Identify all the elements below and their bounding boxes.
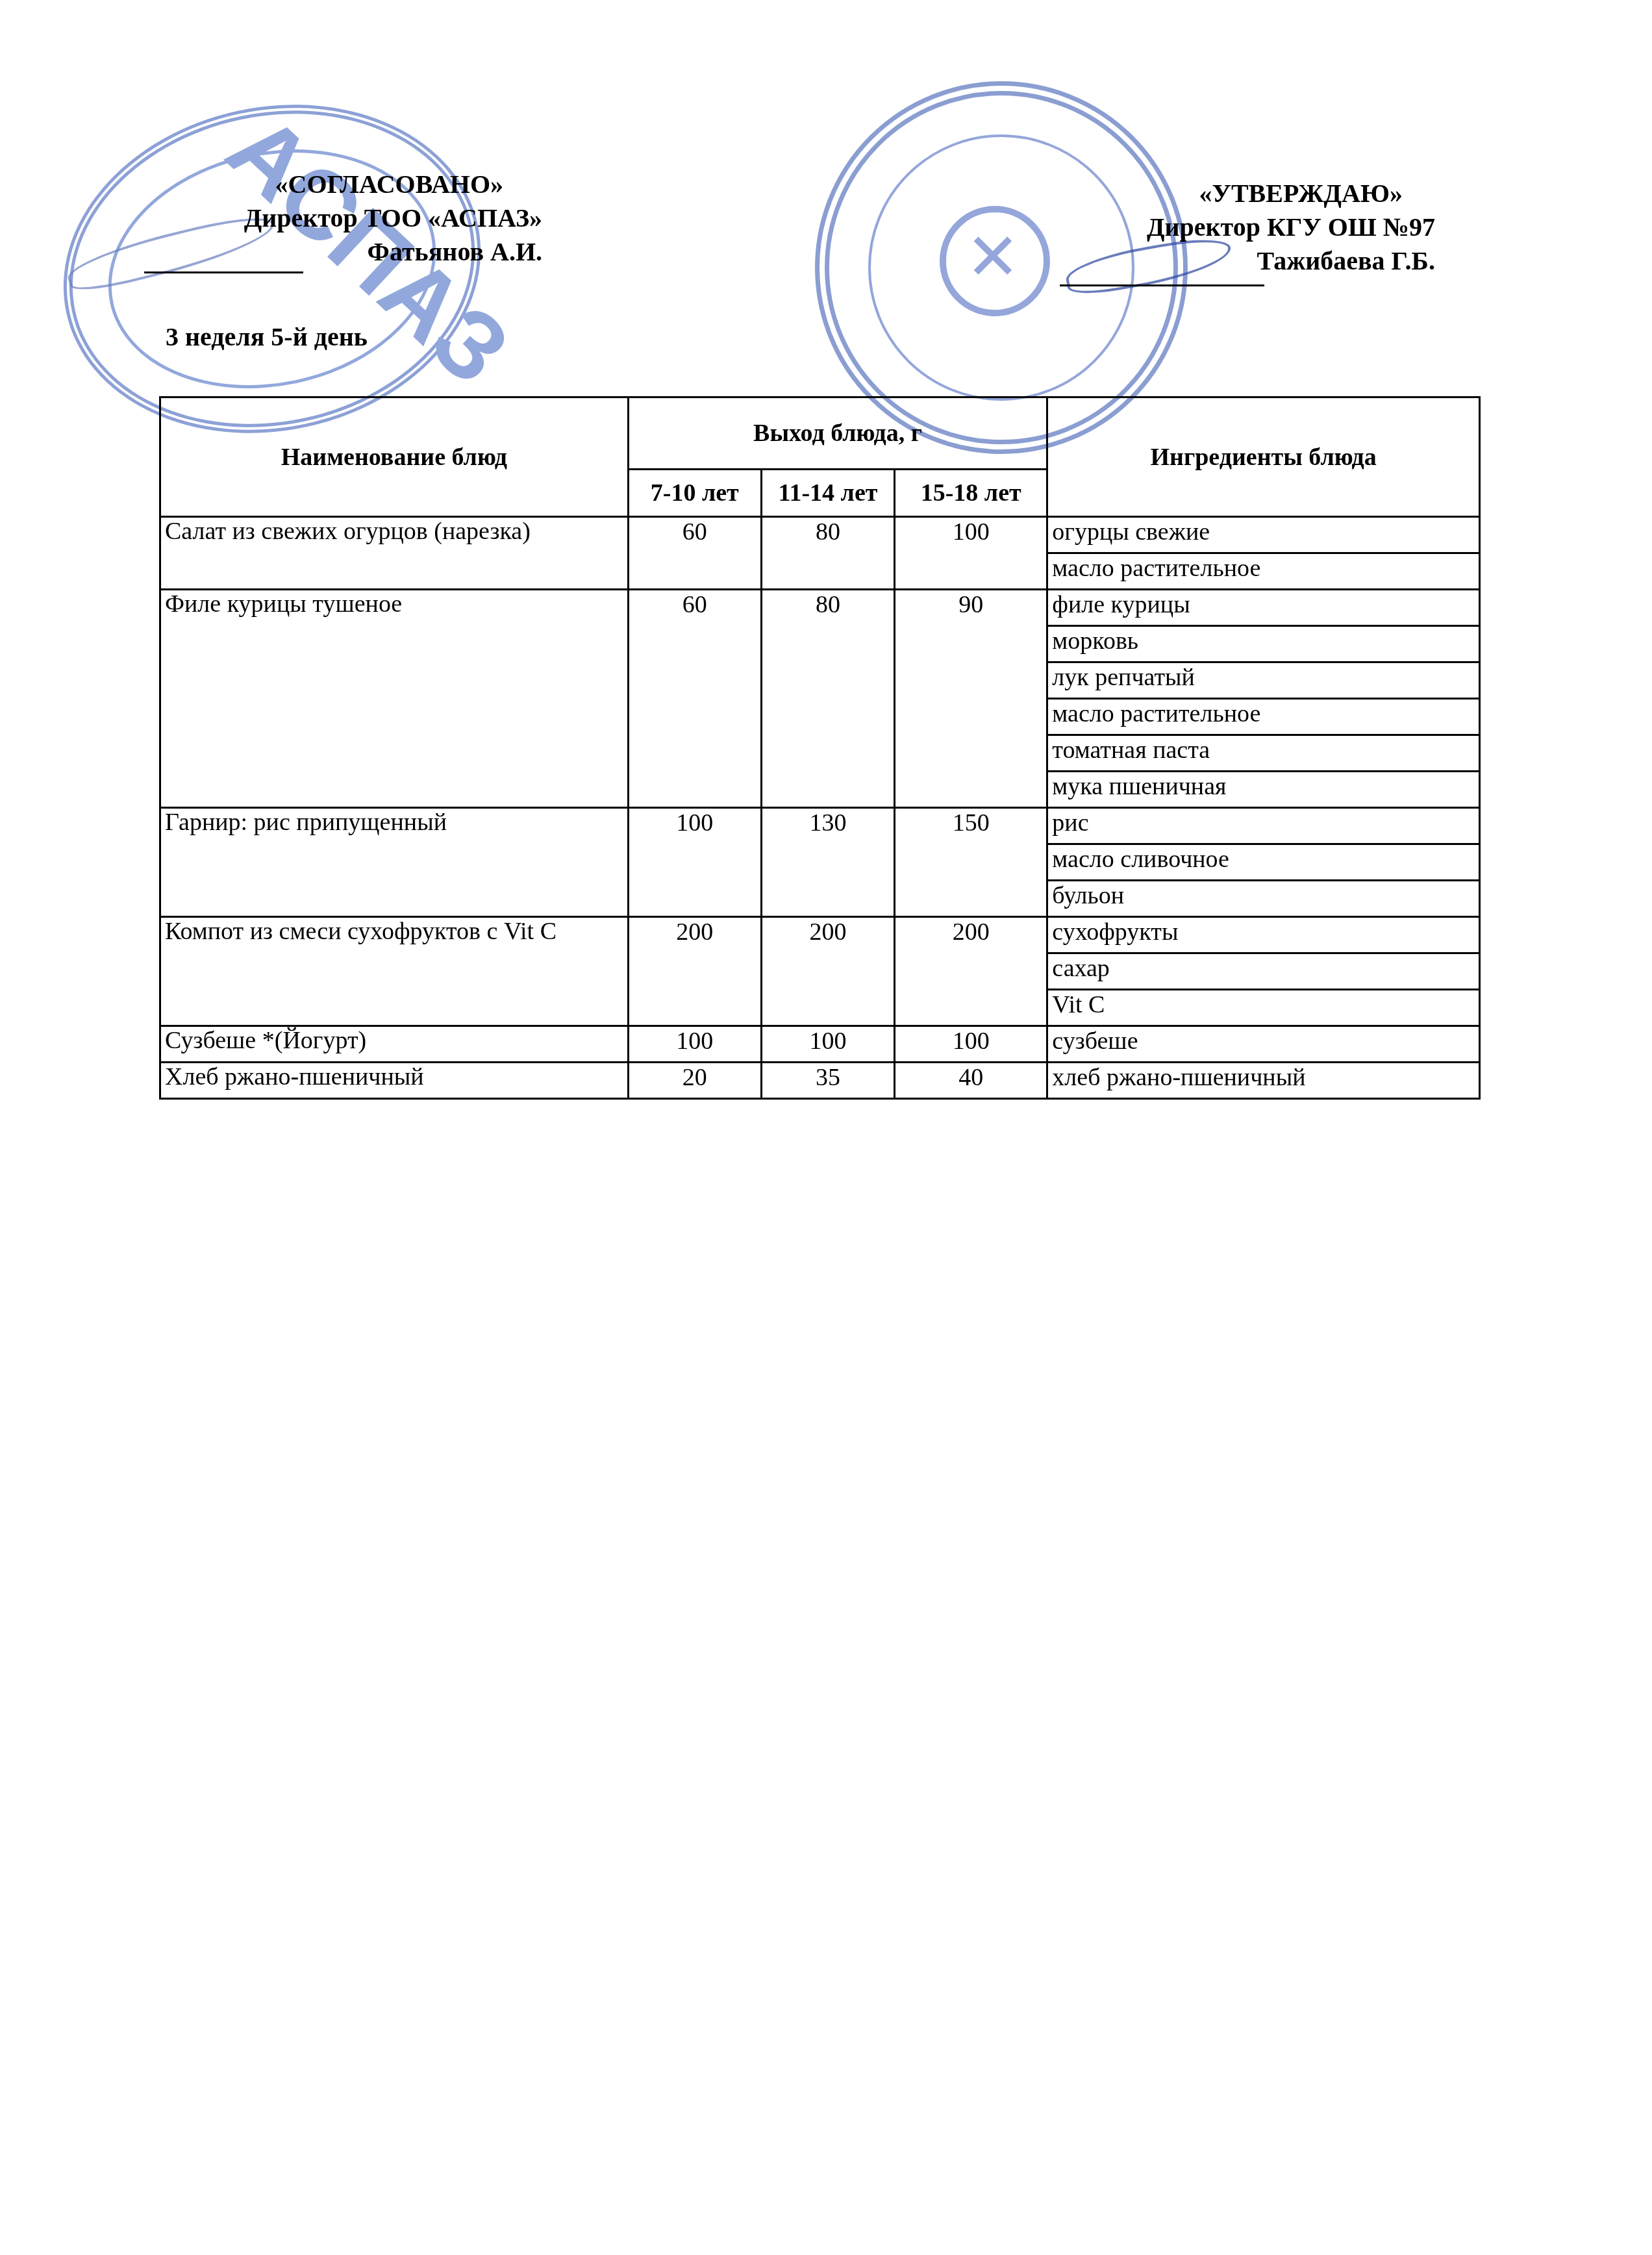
menu-table: Наименование блюд Выход блюда, г Ингреди… <box>159 396 1481 1100</box>
signature-line-left <box>144 271 303 273</box>
dish-yield: 60 <box>628 517 761 590</box>
dish-name: Салат из свежих огурцов (нарезка) <box>160 517 629 590</box>
header-ingredients: Ингредиенты блюда <box>1047 397 1480 517</box>
header-age-15-18: 15-18 лет <box>895 470 1047 517</box>
dish-yield: 150 <box>895 808 1047 917</box>
dish-yield: 200 <box>895 917 1047 1026</box>
header-age-7-10: 7-10 лет <box>628 470 761 517</box>
ingredient: филе курицы <box>1047 590 1480 626</box>
dish-yield: 200 <box>761 917 894 1026</box>
dish-name: Хлеб ржано-пшеничный <box>160 1063 629 1099</box>
ingredient: масло растительное <box>1047 699 1480 735</box>
approval-title: «СОГЛАСОВАНО» <box>153 168 503 201</box>
dish-yield: 100 <box>761 1026 894 1063</box>
dish-yield: 80 <box>761 590 894 808</box>
dish-name: Гарнир: рис припущенный <box>160 808 629 917</box>
ingredient: масло растительное <box>1047 553 1480 590</box>
dish-yield: 60 <box>628 590 761 808</box>
table-row: Компот из смеси сухофруктов с Vit С20020… <box>160 917 1480 953</box>
menu-table-body: Салат из свежих огурцов (нарезка)6080100… <box>160 517 1480 1099</box>
dish-yield: 100 <box>628 1026 761 1063</box>
dish-yield: 35 <box>761 1063 894 1099</box>
header-dish-name: Наименование блюд <box>160 397 629 517</box>
approval-name: Тажибаева Г.Б. <box>1071 244 1435 278</box>
dish-name: Филе курицы тушеное <box>160 590 629 808</box>
ingredient: сузбеше <box>1047 1026 1480 1063</box>
ingredient: Vit C <box>1047 990 1480 1026</box>
table-row: Сузбеше *(Йогурт)100100100сузбеше <box>160 1026 1480 1063</box>
approval-name: Фатьянов А.И. <box>153 235 542 269</box>
state-emblem-icon <box>940 206 1050 316</box>
approval-block-left: «СОГЛАСОВАНО» Директор ТОО «АСПАЗ» Фатья… <box>153 168 542 269</box>
dish-yield: 20 <box>628 1063 761 1099</box>
approval-block-right: «УТВЕРЖДАЮ» Директор КГУ ОШ №97 Тажибаев… <box>1071 177 1435 278</box>
dish-yield: 100 <box>628 808 761 917</box>
header-age-11-14: 11-14 лет <box>761 470 894 517</box>
table-row: Салат из свежих огурцов (нарезка)6080100… <box>160 517 1480 553</box>
ingredient: томатная паста <box>1047 735 1480 772</box>
dish-yield: 80 <box>761 517 894 590</box>
ingredient: рис <box>1047 808 1480 844</box>
dish-yield: 200 <box>628 917 761 1026</box>
header-yield: Выход блюда, г <box>628 397 1047 470</box>
approval-position: Директор КГУ ОШ №97 <box>1071 210 1435 244</box>
dish-name: Компот из смеси сухофруктов с Vit С <box>160 917 629 1026</box>
ingredient: сухофрукты <box>1047 917 1480 953</box>
ingredient: морковь <box>1047 626 1480 662</box>
table-row: Хлеб ржано-пшеничный203540хлеб ржано-пше… <box>160 1063 1480 1099</box>
ingredient: огурцы свежие <box>1047 517 1480 553</box>
dish-yield: 90 <box>895 590 1047 808</box>
table-row: Филе курицы тушеное608090филе курицы <box>160 590 1480 626</box>
signature-line-right <box>1060 284 1264 286</box>
dish-yield: 100 <box>895 1026 1047 1063</box>
ingredient: мука пшеничная <box>1047 772 1480 808</box>
approval-position: Директор ТОО «АСПАЗ» <box>153 201 542 235</box>
ingredient: масло сливочное <box>1047 844 1480 881</box>
approval-title: «УТВЕРЖДАЮ» <box>1071 177 1403 210</box>
ingredient: сахар <box>1047 953 1480 990</box>
ingredient: хлеб ржано-пшеничный <box>1047 1063 1480 1099</box>
dish-yield: 40 <box>895 1063 1047 1099</box>
week-day-label: 3 неделя 5-й день <box>166 321 368 352</box>
ingredient: лук репчатый <box>1047 662 1480 699</box>
dish-yield: 100 <box>895 517 1047 590</box>
ingredient: бульон <box>1047 881 1480 917</box>
table-row: Гарнир: рис припущенный100130150рис <box>160 808 1480 844</box>
dish-yield: 130 <box>761 808 894 917</box>
dish-name: Сузбеше *(Йогурт) <box>160 1026 629 1063</box>
